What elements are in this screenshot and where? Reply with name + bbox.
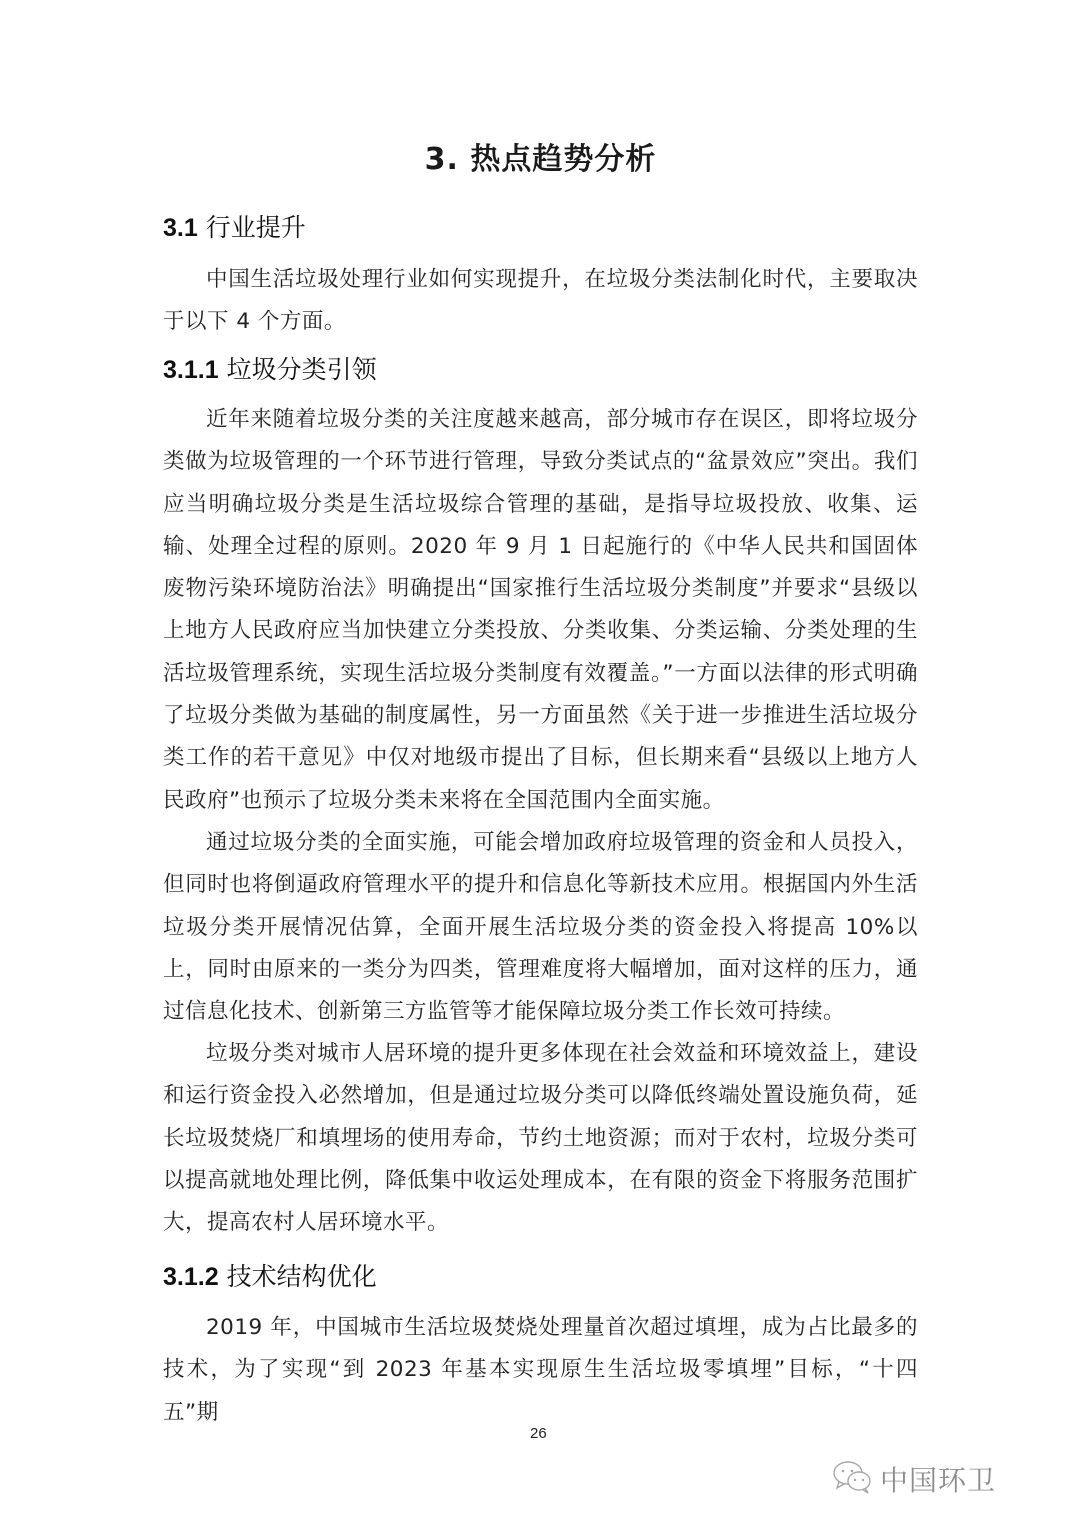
page-number: 26 bbox=[530, 1425, 547, 1442]
section-title: 垃圾分类引领 bbox=[227, 355, 377, 384]
page-title: 3. 热点趋势分析 bbox=[163, 140, 918, 180]
paragraph: 2019 年，中国城市生活垃圾焚烧处理量首次超过填埋，成为占比最多的技术，为了实… bbox=[163, 1307, 918, 1434]
section-title: 技术结构优化 bbox=[227, 1262, 377, 1291]
section-number: 3.1.1 bbox=[163, 356, 219, 384]
paragraph: 垃圾分类对城市人居环境的提升更多体现在社会效益和环境效益上，建设和运行资金投入必… bbox=[163, 1033, 918, 1244]
wechat-icon bbox=[832, 1458, 874, 1500]
section-number: 3.1.2 bbox=[163, 1263, 219, 1291]
watermark: 中国环卫 bbox=[832, 1458, 996, 1500]
section-heading-3-1: 3.1 行业提升 bbox=[163, 210, 306, 246]
paragraph: 通过垃圾分类的全面实施，可能会增加政府垃圾管理的资金和人员投入，但同时也将倒逼政… bbox=[163, 822, 918, 1033]
paragraph: 近年来随着垃圾分类的关注度越来越高，部分城市存在误区，即将垃圾分类做为垃圾管理的… bbox=[163, 399, 918, 822]
section-heading-3-1-1: 3.1.1 垃圾分类引领 bbox=[163, 352, 377, 388]
paragraph: 中国生活垃圾处理行业如何实现提升，在垃圾分类法制化时代，主要取决于以下 4 个方… bbox=[163, 259, 918, 344]
section-title: 行业提升 bbox=[206, 213, 306, 242]
section-number: 3.1 bbox=[163, 214, 198, 242]
watermark-text: 中国环卫 bbox=[880, 1459, 996, 1499]
section-heading-3-1-2: 3.1.2 技术结构优化 bbox=[163, 1259, 377, 1295]
